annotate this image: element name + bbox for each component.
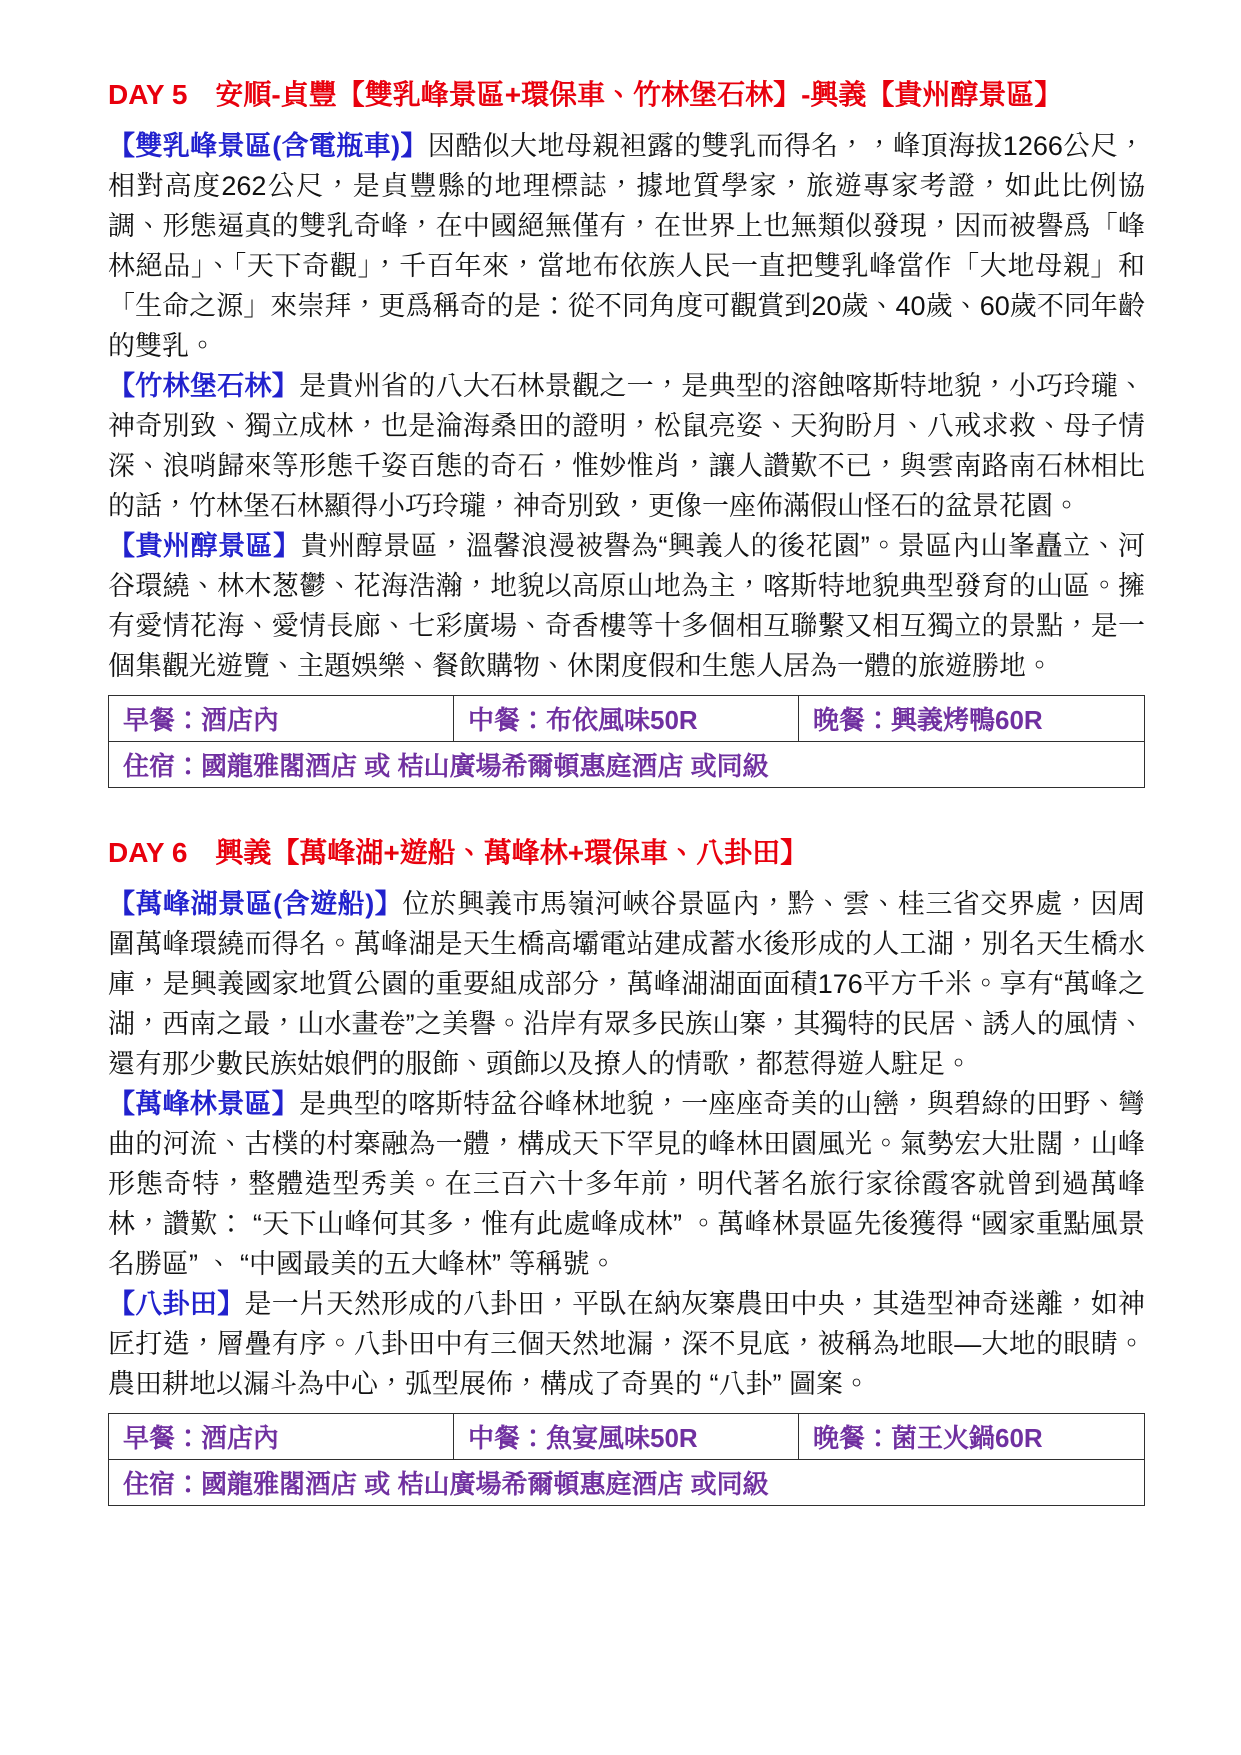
attraction-title-baguatian: 【八卦田】 xyxy=(108,1289,245,1319)
attraction-body-baguatian: 是一片天然形成的八卦田，平臥在納灰寨農田中央，其造型神奇迷離，如神匠打造，層疊有… xyxy=(108,1289,1145,1399)
day5-meals-row: 早餐：酒店內 中餐：布依風味50R 晚餐：興義烤鴨60R xyxy=(109,696,1145,742)
day6-paragraph-wanfenglin: 【萬峰林景區】是典型的喀斯特盆谷峰林地貌，一座座奇美的山巒，與碧綠的田野、彎曲的… xyxy=(108,1084,1145,1284)
day5-section: DAY 5 安順-貞豐【雙乳峰景區+環保車、竹林堡石林】-興義【貴州醇景區】 【… xyxy=(108,78,1145,788)
day5-paragraph-shuangrufeng: 【雙乳峰景區(含電瓶車)】因酷似大地母親袒露的雙乳而得名，，峰頂海拔1266公尺… xyxy=(108,126,1145,366)
day6-section: DAY 6 興義【萬峰湖+遊船、萬峰林+環保車、八卦田】 【萬峰湖景區(含遊船)… xyxy=(108,836,1145,1506)
attraction-title-guizhouchun: 【貴州醇景區】 xyxy=(108,531,301,561)
attraction-body-shuangrufeng: 因酷似大地母親袒露的雙乳而得名，，峰頂海拔1266公尺，相對高度262公尺，是貞… xyxy=(108,131,1145,361)
attraction-title-shuangrufeng: 【雙乳峰景區(含電瓶車)】 xyxy=(108,131,428,161)
day5-lunch-cell: 中餐：布依風味50R xyxy=(454,696,799,742)
day6-heading: DAY 6 興義【萬峰湖+遊船、萬峰林+環保車、八卦田】 xyxy=(108,836,1145,870)
day5-breakfast-cell: 早餐：酒店內 xyxy=(109,696,454,742)
attraction-title-wanfenghu: 【萬峰湖景區(含遊船)】 xyxy=(108,889,402,919)
day6-breakfast-cell: 早餐：酒店內 xyxy=(109,1414,454,1460)
itinerary-document-page: DAY 5 安順-貞豐【雙乳峰景區+環保車、竹林堡石林】-興義【貴州醇景區】 【… xyxy=(0,0,1241,1755)
day6-dinner-cell: 晚餐：菌王火鍋60R xyxy=(799,1414,1145,1460)
day6-hotel-row: 住宿：國龍雅閣酒店 或 桔山廣場希爾頓惠庭酒店 或同級 xyxy=(109,1460,1145,1506)
day6-paragraph-wanfenghu: 【萬峰湖景區(含遊船)】位於興義市馬嶺河峽谷景區內，黔、雲、桂三省交界處，因周圍… xyxy=(108,884,1145,1084)
day5-dinner-cell: 晚餐：興義烤鴨60R xyxy=(799,696,1145,742)
day6-lunch-cell: 中餐：魚宴風味50R xyxy=(454,1414,799,1460)
day5-hotel-row: 住宿：國龍雅閣酒店 或 桔山廣場希爾頓惠庭酒店 或同級 xyxy=(109,742,1145,788)
day6-hotel-cell: 住宿：國龍雅閣酒店 或 桔山廣場希爾頓惠庭酒店 或同級 xyxy=(109,1460,1145,1506)
day6-meals-row: 早餐：酒店內 中餐：魚宴風味50R 晚餐：菌王火鍋60R xyxy=(109,1414,1145,1460)
day5-paragraph-zhulinbao: 【竹林堡石林】是貴州省的八大石林景觀之一，是典型的溶蝕喀斯特地貌，小巧玲瓏、神奇… xyxy=(108,366,1145,526)
attraction-title-wanfenglin: 【萬峰林景區】 xyxy=(108,1089,299,1119)
day6-meal-table: 早餐：酒店內 中餐：魚宴風味50R 晚餐：菌王火鍋60R 住宿：國龍雅閣酒店 或… xyxy=(108,1413,1145,1506)
day5-paragraph-guizhouchun: 【貴州醇景區】貴州醇景區，溫馨浪漫被譽為“興義人的後花園”。景區內山峯矗立、河谷… xyxy=(108,526,1145,686)
day6-paragraph-baguatian: 【八卦田】是一片天然形成的八卦田，平臥在納灰寨農田中央，其造型神奇迷離，如神匠打… xyxy=(108,1284,1145,1404)
day5-hotel-cell: 住宿：國龍雅閣酒店 或 桔山廣場希爾頓惠庭酒店 或同級 xyxy=(109,742,1145,788)
day5-heading: DAY 5 安順-貞豐【雙乳峰景區+環保車、竹林堡石林】-興義【貴州醇景區】 xyxy=(108,78,1145,112)
day5-meal-table: 早餐：酒店內 中餐：布依風味50R 晚餐：興義烤鴨60R 住宿：國龍雅閣酒店 或… xyxy=(108,695,1145,788)
attraction-title-zhulinbao: 【竹林堡石林】 xyxy=(108,371,299,401)
